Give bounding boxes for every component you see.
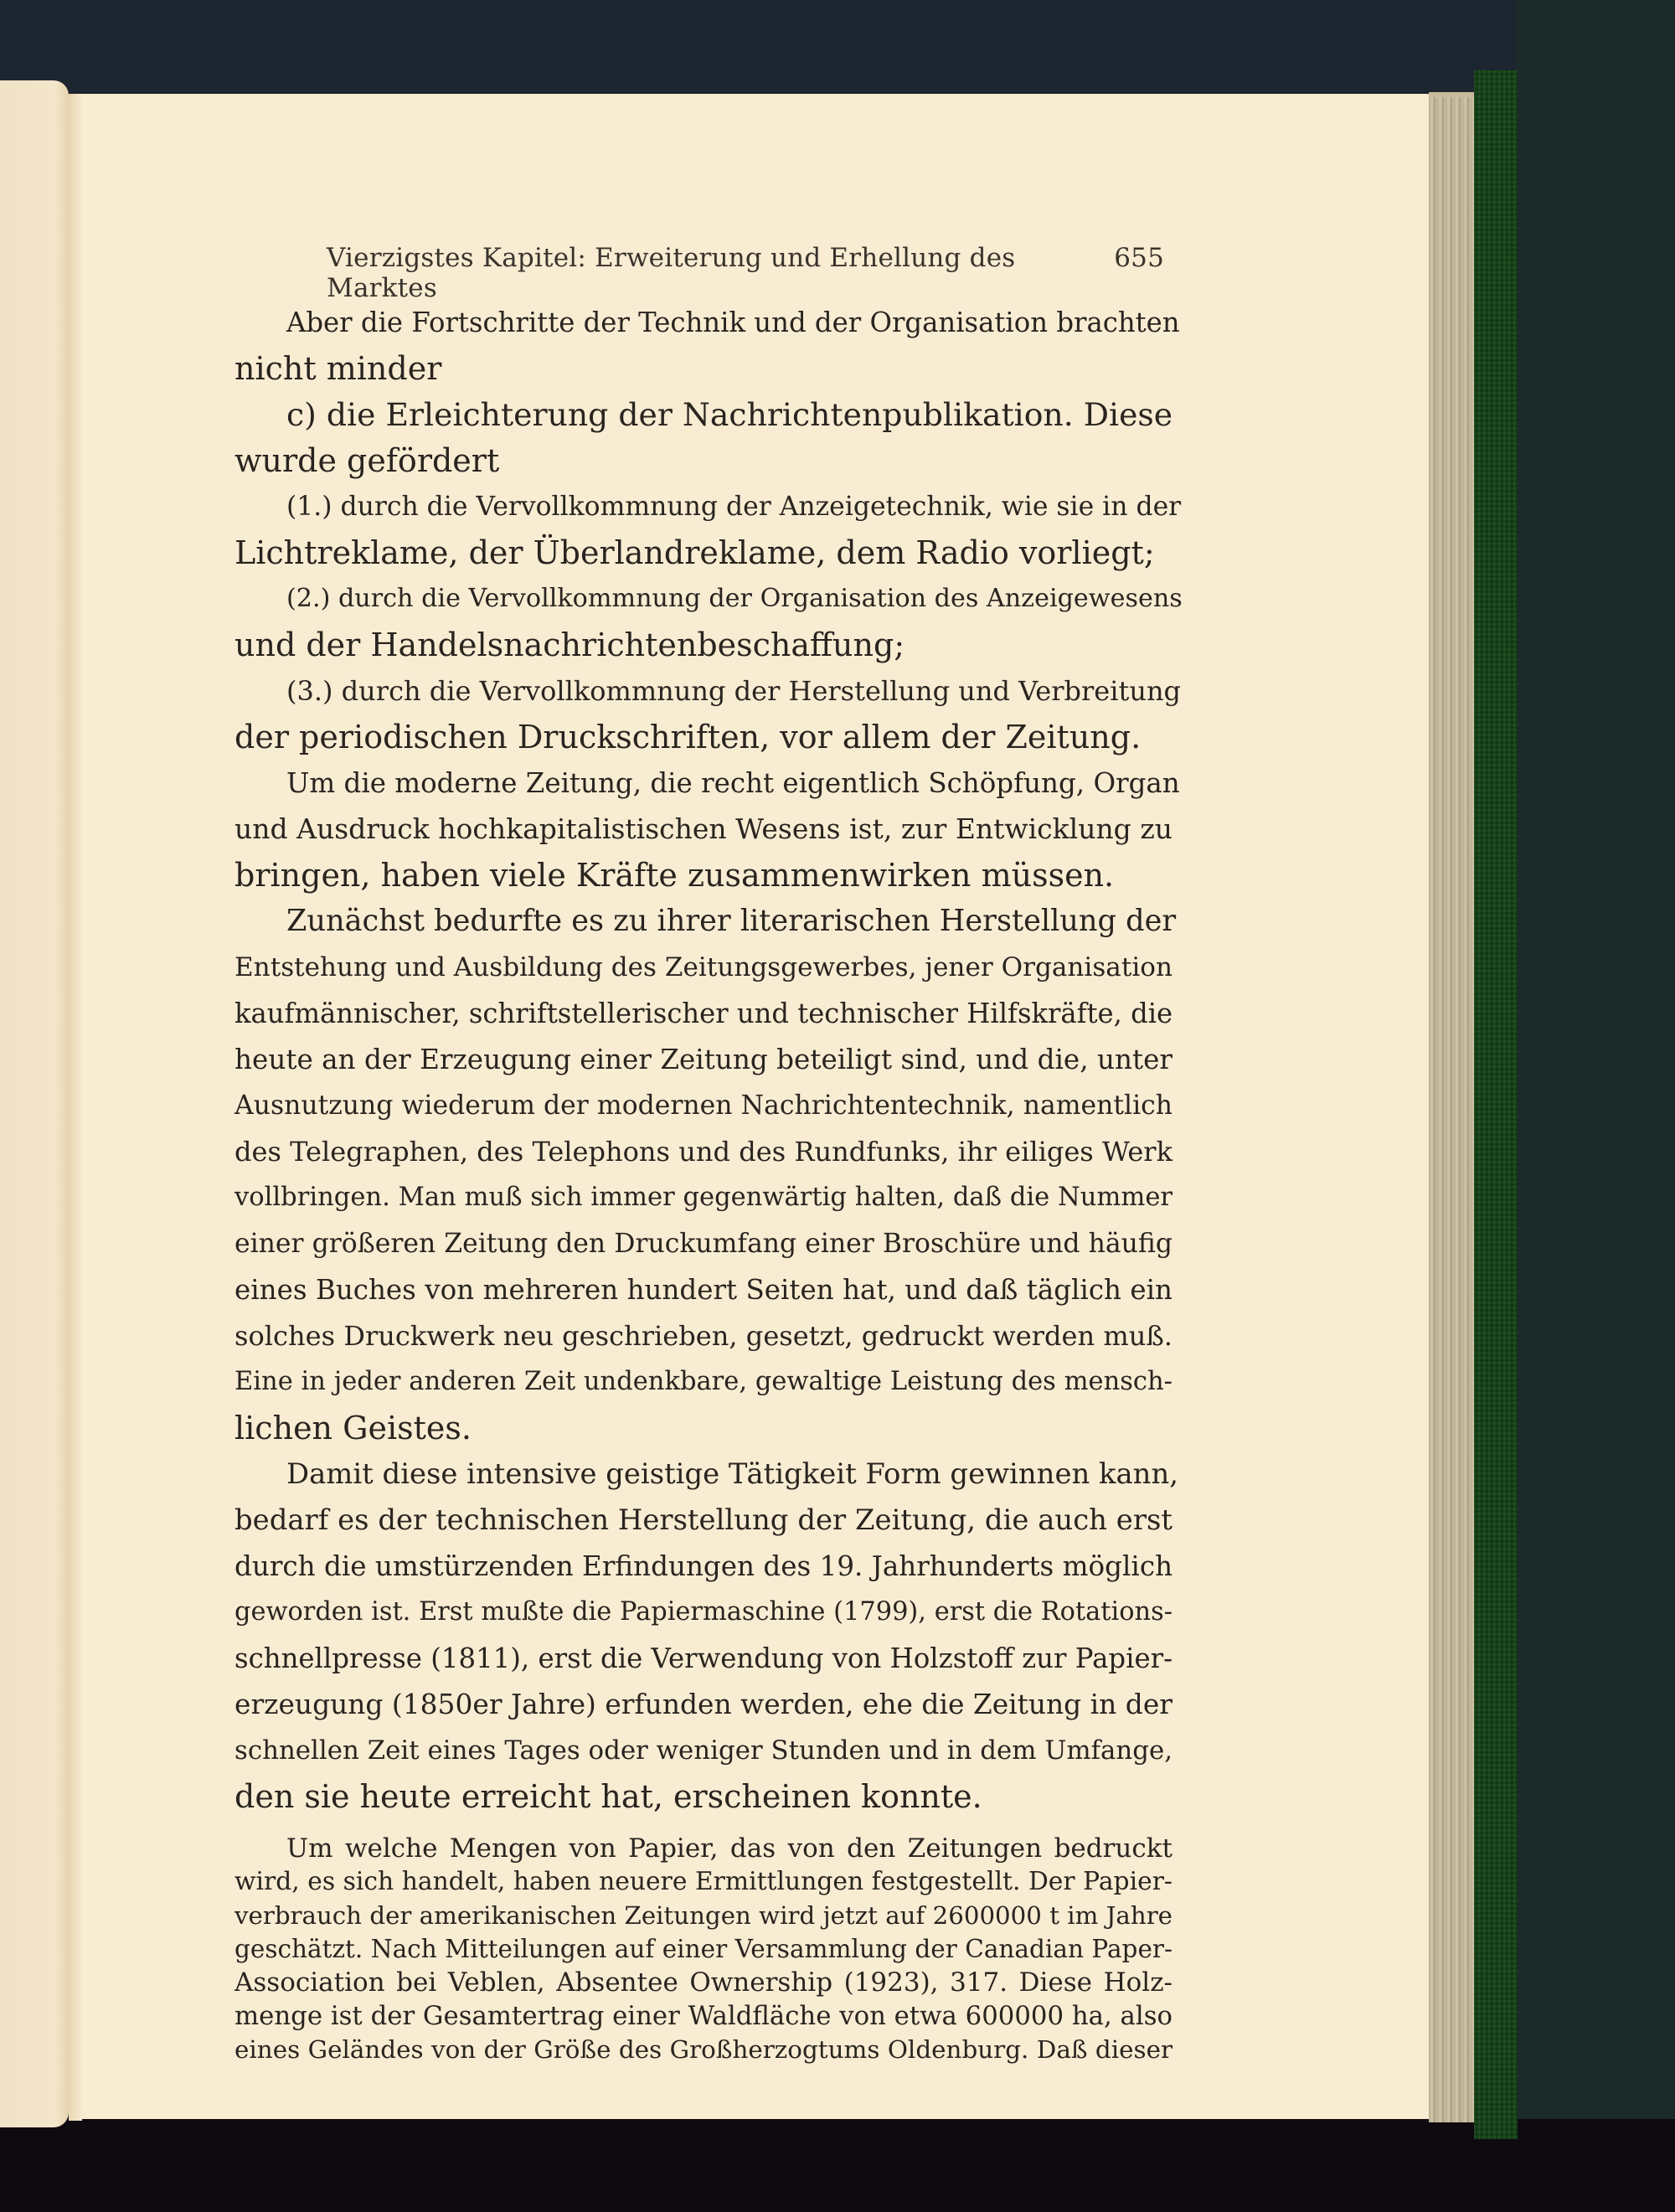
scan-backdrop-top bbox=[0, 0, 1675, 92]
paragraph-start: Damit diese intensive geistige Tätigkeit… bbox=[234, 1455, 1172, 1493]
body-line: Aber die Fortschritte der Technik und de… bbox=[234, 303, 1172, 342]
paragraph-start: Zunächst bedurfte es zu ihrer literarisc… bbox=[234, 902, 1172, 941]
body-line: nicht minder bbox=[234, 349, 1172, 388]
body-line: erzeugung (1850er Jahre) erfunden werden… bbox=[234, 1685, 1172, 1724]
chapter-title: Vierzigstes Kapitel: Erweiterung und Erh… bbox=[327, 243, 1114, 303]
body-line: lichen Geistes. bbox=[234, 1409, 1172, 1447]
list-item-1: (1.) durch die Vervollkommnung der Anzei… bbox=[234, 487, 1172, 526]
small-print-line: wird, es sich handelt, haben neuere Ermi… bbox=[234, 1866, 1172, 1898]
scan-backdrop-bottom bbox=[0, 2119, 1675, 2212]
body-line: den sie heute erreicht hat, erscheinen k… bbox=[234, 1777, 1172, 1816]
body-line: schnellen Zeit eines Tages oder weniger … bbox=[234, 1731, 1172, 1770]
body-line: bringen, haben viele Kräfte zusammenwirk… bbox=[234, 856, 1172, 895]
small-print-line: Um welche Mengen von Papier, das von den… bbox=[234, 1833, 1172, 1864]
small-print-line: menge ist der Gesamtertrag einer Waldflä… bbox=[234, 2000, 1172, 2032]
scan-backdrop-right bbox=[1516, 0, 1675, 2212]
paragraph-start: Um die moderne Zeitung, die recht eigent… bbox=[234, 764, 1172, 802]
page-number: 655 bbox=[1114, 243, 1164, 273]
body-line: und Ausdruck hochkapitalistischen Wesens… bbox=[234, 810, 1172, 848]
body-line: schnellpresse (1811), erst die Verwendun… bbox=[234, 1639, 1172, 1678]
body-line: Lichtreklame, der Überlandreklame, dem R… bbox=[234, 534, 1172, 572]
small-print-line: Association bei Veblen, Absentee Ownersh… bbox=[234, 1967, 1172, 1998]
gutter-shadow bbox=[69, 94, 82, 2121]
small-print-paragraph: Um welche Mengen von Papier, das von den… bbox=[234, 1833, 1172, 2065]
body-line: und der Handelsnachrichtenbeschaffung; bbox=[234, 626, 1172, 664]
body-line: solches Druckwerk neu geschrieben, geset… bbox=[234, 1317, 1172, 1355]
small-print-line: verbrauch der amerikanischen Zeitungen w… bbox=[234, 1900, 1172, 1931]
list-item-3: (3.) durch die Vervollkommnung der Herst… bbox=[234, 672, 1172, 710]
list-item-2: (2.) durch die Vervollkommnung der Organ… bbox=[234, 580, 1172, 618]
page-block-edges bbox=[1429, 92, 1474, 2122]
body-line: durch die umstürzenden Erfindungen des 1… bbox=[234, 1547, 1172, 1586]
body-line: bedarf es der technischen Herstellung de… bbox=[234, 1501, 1172, 1539]
body-line: eines Buches von mehreren hundert Seiten… bbox=[234, 1271, 1172, 1309]
small-print-line: eines Geländes von der Größe des Großher… bbox=[234, 2034, 1172, 2065]
body-line: des Telegraphen, des Telephons und des R… bbox=[234, 1132, 1172, 1171]
body-line: kaufmännischer, schriftstellerischer und… bbox=[234, 994, 1172, 1033]
body-line: vollbringen. Man muß sich immer gegenwär… bbox=[234, 1178, 1172, 1217]
facing-page-edge bbox=[0, 80, 69, 2127]
small-print-line: geschätzt. Nach Mitteilungen auf einer V… bbox=[234, 1933, 1172, 1965]
body-line: einer größeren Zeitung den Druckumfang e… bbox=[234, 1225, 1172, 1263]
body-line: Ausnutzung wiederum der modernen Nachric… bbox=[234, 1086, 1172, 1125]
body-line: der periodischen Druckschriften, vor all… bbox=[234, 718, 1172, 756]
running-head: Vierzigstes Kapitel: Erweiterung und Erh… bbox=[234, 243, 1172, 280]
body-line: wurde gefördert bbox=[234, 441, 1172, 480]
green-cloth-cover bbox=[1474, 70, 1518, 2139]
body-line: Eine in jeder anderen Zeit undenkbare, g… bbox=[234, 1363, 1172, 1401]
section-heading-line: c) die Erleichterung der Nachrichtenpubl… bbox=[234, 395, 1172, 434]
text-block: Vierzigstes Kapitel: Erweiterung und Erh… bbox=[234, 243, 1172, 2067]
body-line: Entstehung und Ausbildung des Zeitungsge… bbox=[234, 948, 1172, 987]
body-line: geworden ist. Erst mußte die Papiermasch… bbox=[234, 1593, 1172, 1632]
body-line: heute an der Erzeugung einer Zeitung bet… bbox=[234, 1040, 1172, 1079]
